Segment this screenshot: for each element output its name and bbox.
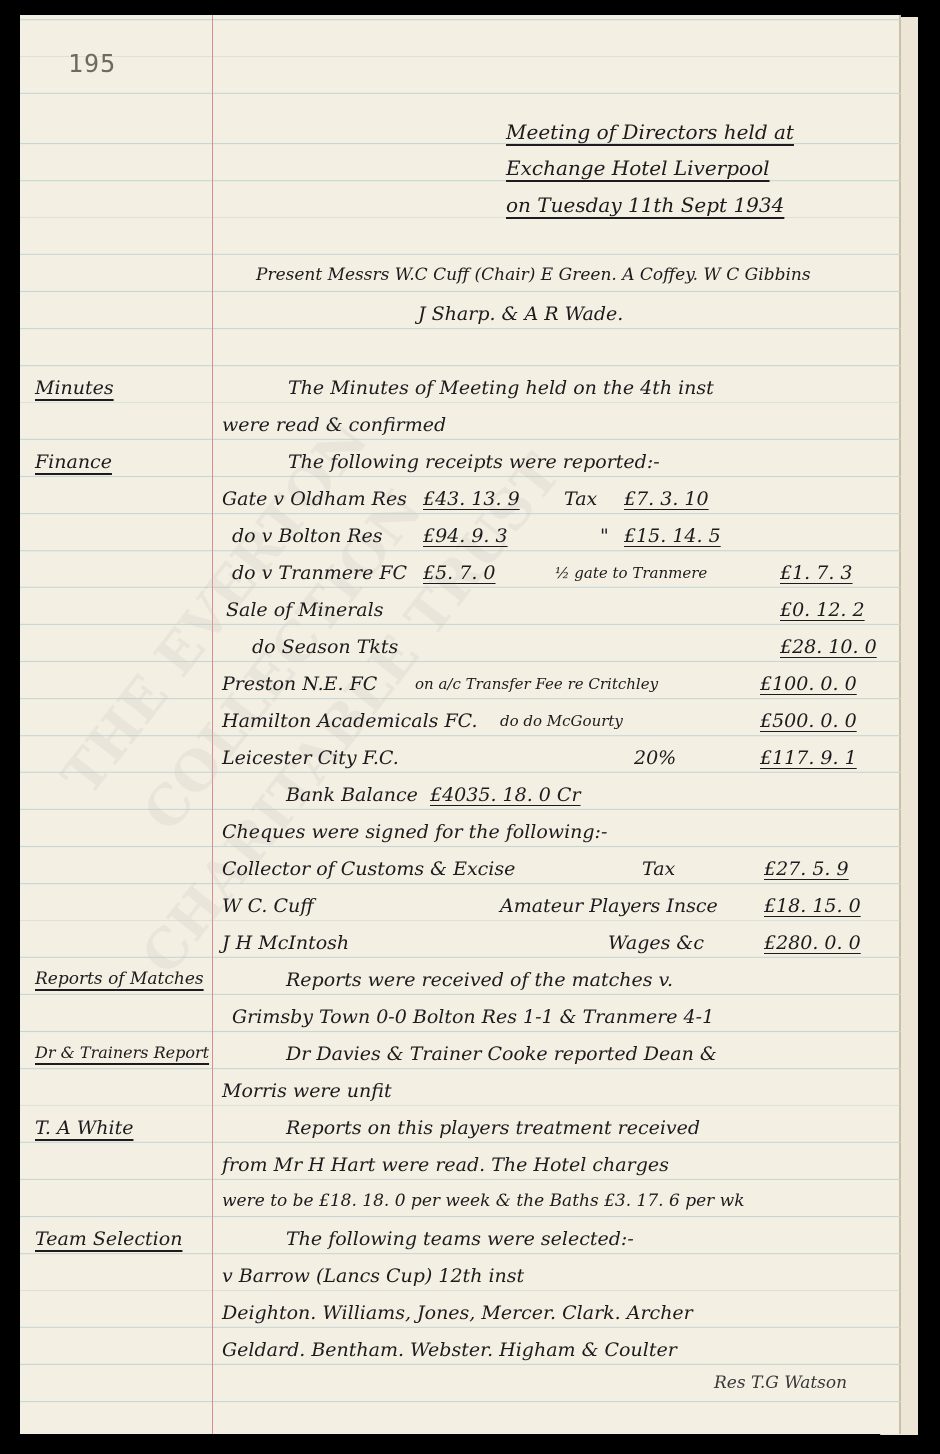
section-label-minutes: Minutes	[35, 379, 114, 398]
receipt-desc: Leicester City F.C.	[222, 749, 399, 768]
receipt-note: "	[600, 527, 609, 546]
minutes-line1: The Minutes of Meeting held on the 4th i…	[288, 379, 714, 398]
receipt-note-amount: £7. 3. 10	[624, 490, 709, 509]
cheque-amount: £18. 15. 0	[764, 897, 861, 916]
receipt-desc: Sale of Minerals	[226, 601, 383, 620]
bank-balance-label: Bank Balance	[286, 786, 418, 805]
meeting-title-line1: Meeting of Directors held at	[506, 122, 794, 142]
reports-of-matches-line2: Grimsby Town 0-0 Bolton Res 1-1 & Tranme…	[232, 1008, 714, 1027]
receipt-desc: Gate v Oldham Res	[222, 490, 407, 509]
present-line2: J Sharp. & A R Wade.	[418, 305, 623, 324]
cheque-purpose: Amateur Players Insce	[500, 897, 718, 916]
meeting-title-line3: on Tuesday 11th Sept 1934	[506, 195, 784, 215]
meeting-title-line2: Exchange Hotel Liverpool	[506, 158, 770, 178]
section-label-reports-of-matches: Reports of Matches	[35, 971, 204, 988]
receipt-desc: do v Tranmere FC	[232, 564, 407, 583]
receipt-note: 20%	[634, 749, 676, 768]
team-selection-players-line2: Geldard. Bentham. Webster. Higham & Coul…	[222, 1341, 677, 1360]
receipt-amount: £5. 7. 0	[423, 564, 496, 583]
receipt-amount: £43. 13. 9	[423, 490, 520, 509]
cheque-amount: £27. 5. 9	[764, 860, 849, 879]
bank-balance-amount: £4035. 18. 0 Cr	[430, 786, 581, 805]
finance-intro: The following receipts were reported:-	[288, 453, 660, 472]
cheque-payee: Collector of Customs & Excise	[222, 860, 515, 879]
cheque-purpose: Tax	[642, 860, 675, 879]
team-selection-fixture: v Barrow (Lancs Cup) 12th inst	[222, 1267, 524, 1286]
receipt-note-amount: £117. 9. 1	[760, 749, 857, 768]
receipt-desc: Hamilton Academicals FC.	[222, 712, 478, 731]
receipt-note: do do McGourty	[500, 714, 623, 729]
receipt-note-amount: £500. 0. 0	[760, 712, 857, 731]
cheques-intro: Cheques were signed for the following:-	[222, 823, 607, 842]
receipt-note-amount: £15. 14. 5	[624, 527, 721, 546]
section-label-team-selection: Team Selection	[35, 1230, 182, 1249]
cheque-purpose: Wages &c	[608, 934, 704, 953]
present-line1: Present Messrs W.C Cuff (Chair) E Green.…	[256, 267, 811, 284]
ta-white-line3: were to be £18. 18. 0 per week & the Bat…	[222, 1193, 745, 1210]
dr-trainers-report-line1: Dr Davies & Trainer Cooke reported Dean …	[286, 1045, 717, 1064]
receipt-note-amount: £1. 7. 3	[780, 564, 853, 583]
receipt-amount: £94. 9. 3	[423, 527, 508, 546]
receipt-note-amount: £100. 0. 0	[760, 675, 857, 694]
minutes-line2: were read & confirmed	[222, 416, 446, 435]
team-selection-players-line1: Deighton. Williams, Jones, Mercer. Clark…	[222, 1304, 693, 1323]
receipt-note-amount: £0. 12. 2	[780, 601, 865, 620]
cheque-payee: J H McIntosh	[222, 934, 349, 953]
section-label-dr-trainers-report: Dr & Trainers Report	[35, 1045, 209, 1061]
section-label-finance: Finance	[35, 453, 112, 472]
dr-trainers-report-line2: Morris were unfit	[222, 1082, 392, 1101]
ledger-page: THE EVERTON COLLECTION CHARITABLE TRUST …	[20, 15, 901, 1434]
receipt-desc: do v Bolton Res	[232, 527, 383, 546]
margin-rule	[212, 15, 213, 1434]
reports-of-matches-line1: Reports were received of the matches v.	[286, 971, 673, 990]
team-selection-reserve: Res T.G Watson	[714, 1375, 847, 1392]
receipt-note: ½ gate to Tranmere	[555, 566, 707, 581]
cheque-amount: £280. 0. 0	[764, 934, 861, 953]
receipt-note: on a/c Transfer Fee re Critchley	[415, 677, 658, 692]
page-number: 195	[68, 49, 116, 78]
cheque-payee: W C. Cuff	[222, 897, 314, 916]
ta-white-line1: Reports on this players treatment receiv…	[286, 1119, 700, 1138]
receipt-desc: Preston N.E. FC	[222, 675, 377, 694]
receipt-desc: do Season Tkts	[252, 638, 398, 657]
ta-white-line2: from Mr H Hart were read. The Hotel char…	[222, 1156, 669, 1175]
receipt-note-amount: £28. 10. 0	[780, 638, 877, 657]
section-label-ta-white: T. A White	[35, 1119, 133, 1138]
team-selection-line1: The following teams were selected:-	[286, 1230, 634, 1249]
receipt-note: Tax	[564, 490, 597, 509]
